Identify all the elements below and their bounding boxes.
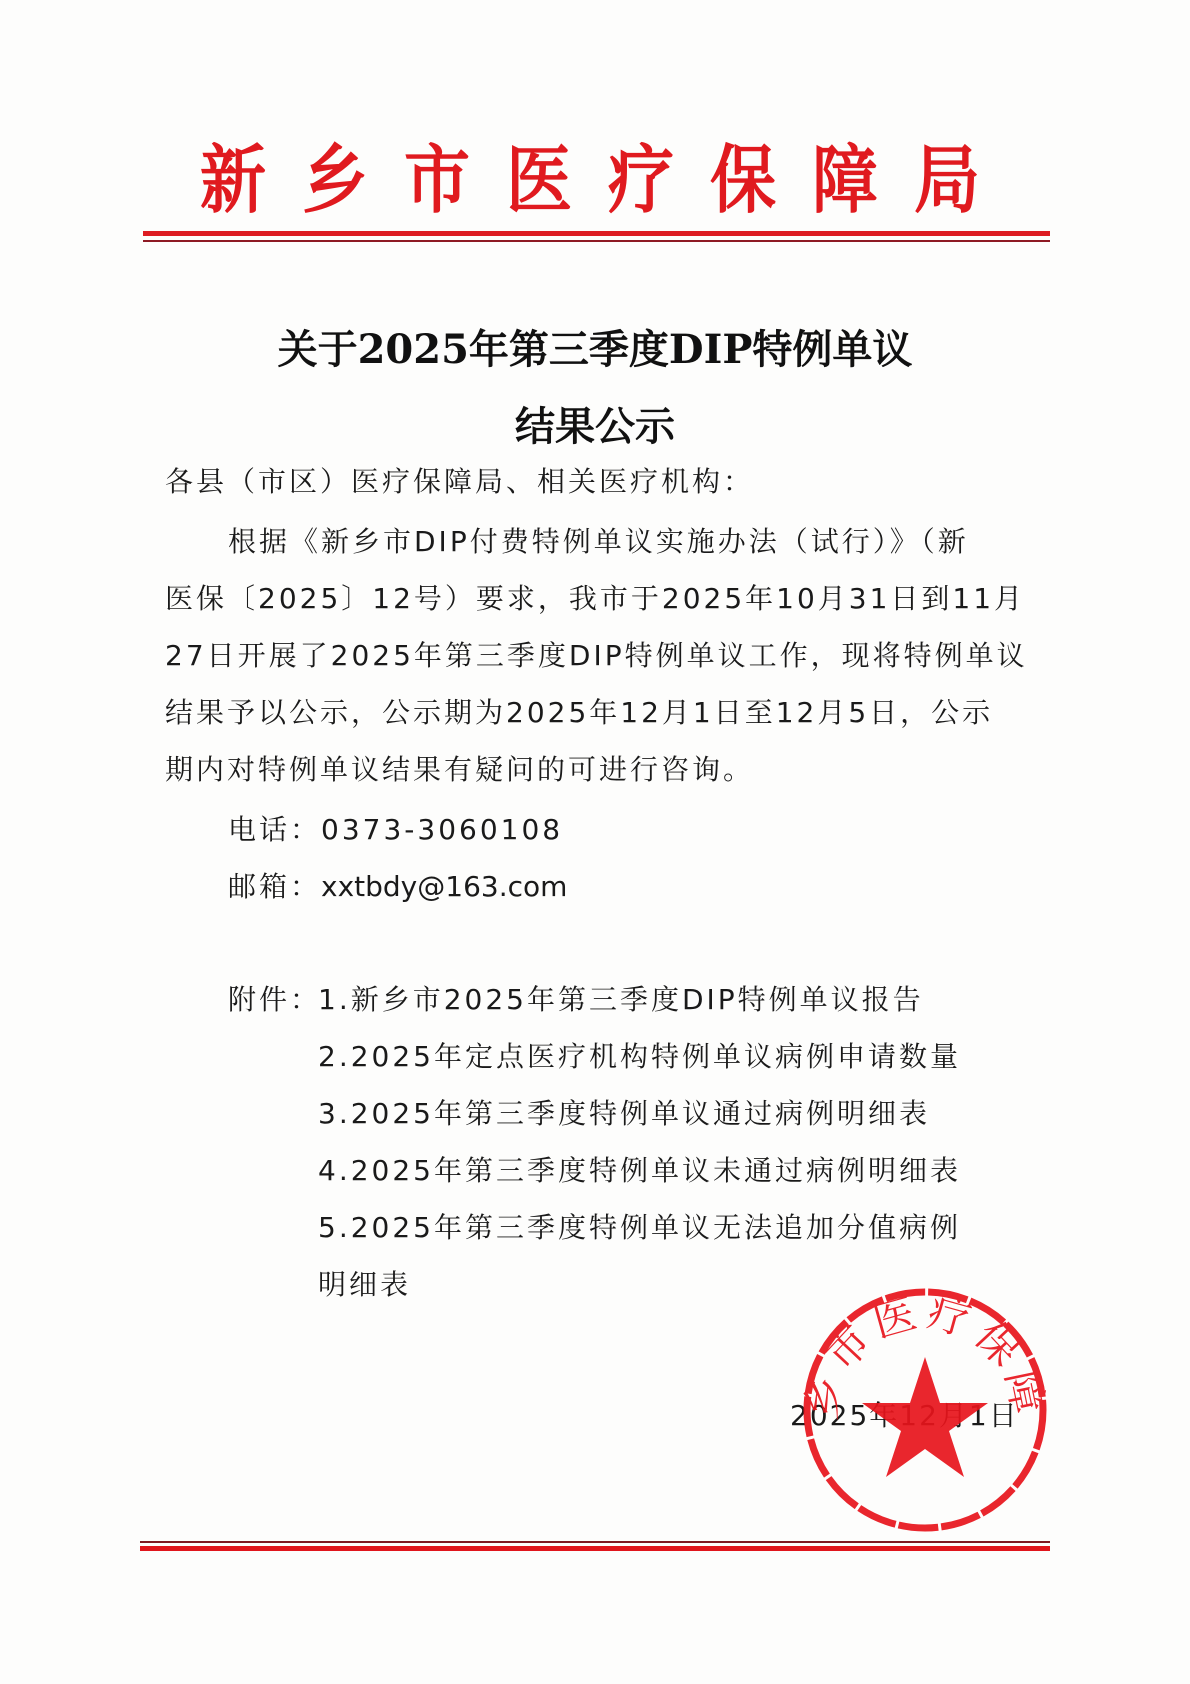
email-label: 邮箱：	[228, 870, 321, 903]
phone-label: 电话：	[228, 813, 321, 846]
attachment-item: 5.2025年第三季度特例单议无法追加分值病例	[318, 1212, 961, 1244]
attachment-item-continuation: 明细表	[318, 1269, 411, 1301]
issuer-masthead: 新 乡 市 医 疗 保 障 局	[200, 128, 980, 218]
contact-phone: 电话：0373-3060108	[228, 814, 563, 846]
masthead-char: 新	[200, 120, 266, 226]
attachments-label: 附件：	[228, 984, 321, 1016]
footer-divider-thin	[140, 1541, 1050, 1543]
official-seal-icon: 新乡市医疗保障局	[800, 1285, 1050, 1535]
attachment-item: 2.2025年定点医疗机构特例单议病例申请数量	[318, 1041, 961, 1073]
body-line: 期内对特例单议结果有疑问的可进行咨询。	[165, 754, 1045, 786]
body-line: 27日开展了2025年第三季度DIP特例单议工作，现将特例单议	[165, 640, 1045, 672]
masthead-char: 市	[404, 120, 470, 226]
body-line: 结果予以公示，公示期为2025年12月1日至12月5日，公示	[165, 697, 1045, 729]
attachment-item: 4.2025年第三季度特例单议未通过病例明细表	[318, 1155, 961, 1187]
body-line: 根据《新乡市DIP付费特例单议实施办法（试行）》（新	[228, 526, 969, 558]
phone-number: 0373-3060108	[321, 813, 563, 846]
masthead-char: 疗	[608, 120, 674, 226]
contact-email: 邮箱：xxtbdy@163.com	[228, 871, 567, 903]
salutation: 各县（市区）医疗保障局、相关医疗机构：	[165, 466, 754, 498]
masthead-char: 乡	[302, 120, 368, 226]
masthead-char: 医	[506, 120, 572, 226]
footer-divider-thick	[140, 1546, 1050, 1551]
document-title-line-1: 关于2025年第三季度DIP特例单议	[140, 318, 1050, 375]
masthead-char: 障	[812, 120, 878, 226]
star-icon	[862, 1357, 988, 1477]
email-address: xxtbdy@163.com	[321, 870, 567, 903]
attachment-item: 3.2025年第三季度特例单议通过病例明细表	[318, 1098, 930, 1130]
header-divider-thin	[143, 240, 1050, 242]
attachment-item: 1.新乡市2025年第三季度DIP特例单议报告	[318, 984, 924, 1016]
header-divider-thick	[143, 231, 1050, 236]
document-title-line-2: 结果公示	[140, 395, 1050, 452]
body-line: 医保〔2025〕12号）要求，我市于2025年10月31日到11月	[165, 583, 1045, 615]
masthead-char: 保	[710, 120, 776, 226]
masthead-char: 局	[914, 120, 980, 226]
